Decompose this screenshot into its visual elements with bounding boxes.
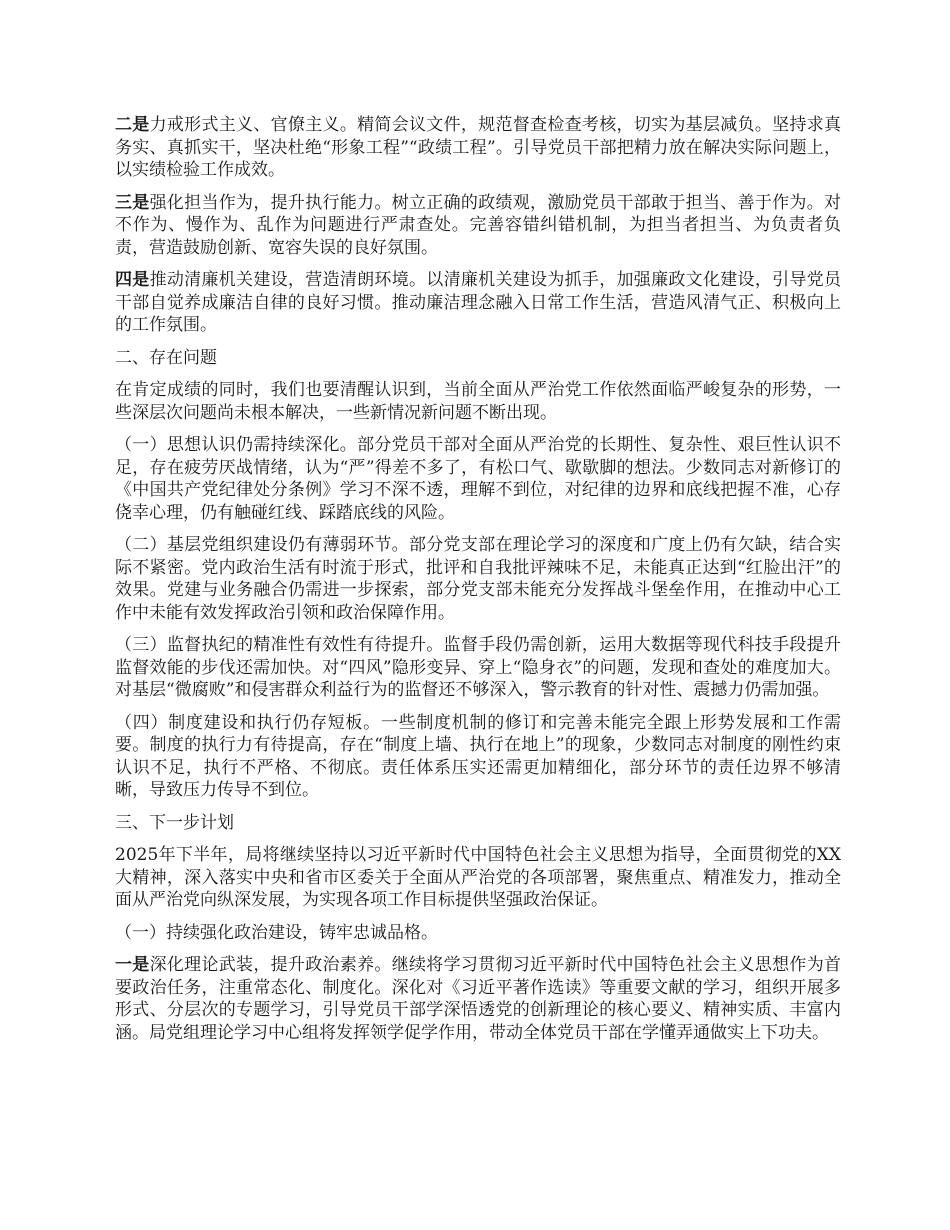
paragraph-lead: 一是 (115, 955, 150, 975)
paragraph-next-steps-intro: 2025年下半年，局将继续坚持以习近平新时代中国特色社会主义思想为指导，全面贯彻… (115, 844, 841, 912)
paragraph-problem-1: （一）思想认识仍需持续深化。部分党员干部对全面从严治党的长期性、复杂性、艰巨性认… (115, 434, 841, 524)
paragraph-sanShi: 三是强化担当作为，提升执行能力。树立正确的政绩观，激励党员干部敢于担当、善于作为… (115, 192, 841, 260)
paragraph-lead: 四是 (115, 270, 150, 290)
paragraph-lead: 二是 (115, 115, 150, 135)
paragraph-siShi: 四是推动清廉机关建设，营造清朗环境。以清廉机关建设为抓手，加强廉政文化建设，引导… (115, 269, 841, 337)
paragraph-problem-3: （三）监督执纪的精准性有效性有待提升。监督手段仍需创新，运用大数据等现代科技手段… (115, 634, 841, 702)
paragraph-erShi: 二是力戒形式主义、官僚主义。精简会议文件，规范督查检查考核，切实为基层减负。坚持… (115, 114, 841, 182)
paragraph-problem-2: （二）基层党组织建设仍有薄弱环节。部分党支部在理论学习的深度和广度上仍有欠缺，结… (115, 534, 841, 624)
paragraph-text: 力戒形式主义、官僚主义。精简会议文件，规范督查检查考核，切实为基层减负。坚持求真… (115, 115, 841, 180)
paragraph-yiShi: 一是深化理论武装，提升政治素养。继续将学习贯彻习近平新时代中国特色社会主义思想作… (115, 954, 841, 1044)
paragraph-text: 强化担当作为，提升执行能力。树立正确的政绩观，激励党员干部敢于担当、善于作为。对… (115, 193, 841, 258)
document-body: 二是力戒形式主义、官僚主义。精简会议文件，规范督查检查考核，切实为基层减负。坚持… (115, 114, 841, 1054)
paragraph-problem-4: （四）制度建设和执行仍存短板。一些制度机制的修订和完善未能完全跟上形势发展和工作… (115, 712, 841, 802)
paragraph-text: 深化理论武装，提升政治素养。继续将学习贯彻习近平新时代中国特色社会主义思想作为首… (115, 955, 841, 1043)
paragraph-text: 推动清廉机关建设，营造清朗环境。以清廉机关建设为抓手，加强廉政文化建设，引导党员… (115, 270, 841, 335)
section-heading-problems: 二、存在问题 (115, 347, 841, 370)
section-heading-next-steps: 三、下一步计划 (115, 812, 841, 835)
subheading-political-building: （一）持续强化政治建设，铸牢忠诚品格。 (115, 922, 841, 945)
paragraph-lead: 三是 (115, 193, 150, 213)
paragraph-problems-intro: 在肯定成绩的同时，我们也要清醒认识到，当前全面从严治党工作依然面临严峻复杂的形势… (115, 379, 841, 424)
